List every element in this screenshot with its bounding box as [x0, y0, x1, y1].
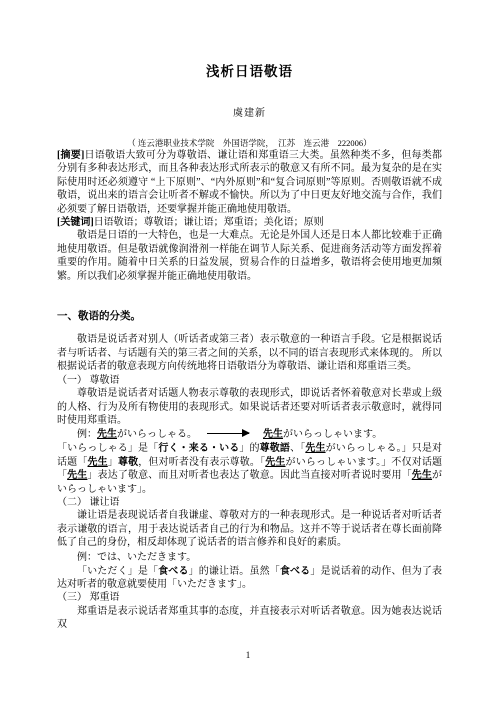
text-segment: 先生 [305, 443, 325, 454]
text-segment: がいらっしゃいます。 [283, 429, 382, 440]
document-page: 浅析日语敬语 虞建新 （ 连云港职业技术学院 外国语学院， 江苏 连云港 222… [0, 0, 496, 702]
subsection-heading: （一） 尊敬语 [57, 374, 442, 387]
abstract: [摘要]日语敬语大致可分为尊敬语、谦让语和郑重语三大类。虽然种类不多，但每类都分… [57, 149, 442, 216]
text-segment: （三） 郑重语 [57, 592, 120, 603]
text-segment: （二） 谦让语 [57, 497, 120, 508]
keywords-label: [关键词] [57, 217, 94, 228]
text-segment: 先生 [265, 457, 285, 468]
text-segment: 」的谦让语。虽然「 [189, 566, 280, 577]
text-segment: 」 [108, 457, 118, 468]
text-segment: 「いただく」是「 [77, 566, 158, 577]
text-segment: 谦让语是表现说话者自我谦虚、尊敬对方的一种表现形式。是一种说话者对听话者表示谦敬… [57, 510, 442, 548]
body-paragraph: 尊敬语是说话者对话题人物表示尊敬的表现形式，即说话者怀着敬意对长辈或上级的人格、… [57, 387, 442, 427]
text-segment: 先生 [97, 429, 117, 440]
text-segment: 、「 [290, 443, 305, 454]
text-segment: 敬语是说话者对别人（听话者或第三者）表示敬意的一种语言手段。它是根据说话者与听话… [57, 334, 442, 372]
body-paragraph: 敬语是日语的一大特色，也是一大难点。无论是外国人还是日本人都比较难于正确地使用敬… [57, 229, 442, 283]
text-segment: （一） 尊敬语 [57, 375, 120, 386]
author-name: 虞建新 [57, 104, 442, 119]
section-heading: 一、敬语的分类。 [57, 310, 442, 323]
body-paragraph: 敬语是说话者对别人（听话者或第三者）表示敬意的一种语言手段。它是根据说话者与听话… [57, 333, 442, 373]
author-affiliation: （ 连云港职业技术学院 外国语学院， 江苏 连云港 222006） [57, 137, 442, 149]
document-body: 敬语是日语的一大特色，也是一大难点。无论是外国人还是日本人都比较难于正确地使用敬… [57, 229, 442, 631]
page-title: 浅析日语敬语 [57, 60, 442, 80]
right-arrow-icon [207, 433, 249, 435]
text-segment: 尊敬 [118, 457, 138, 468]
text-segment: 」的 [239, 443, 259, 454]
page-number: 1 [0, 650, 496, 660]
text-segment: 先生 [412, 470, 432, 481]
text-segment: 郑重语是表示说话者郑重其事的态度，并直接表示对听话者敬意。因为她表达说话双 [57, 606, 442, 630]
text-segment: 」表达了敬意、而且对听者也表达了敬意。因此当直接对听者说时要用「 [87, 470, 411, 481]
body-paragraph: 「いらっしゃる」是「行く・来る・いる」的尊敬語、「先生がいらっしゃる。」只是对话… [57, 442, 442, 496]
keywords-text: 日语敬语；尊敬语；谦让语；郑重语；美化语；原则 [94, 217, 324, 228]
example-line: 例：先生がいらっしゃる。先生がいらっしゃいます。 [57, 427, 442, 442]
text-segment: 尊敬語 [260, 443, 290, 454]
subsection-heading: （二） 谦让语 [57, 496, 442, 509]
abstract-label: [摘要] [57, 150, 84, 161]
text-segment: 例：では、いただきます。 [77, 552, 196, 563]
text-segment: 先生 [87, 457, 107, 468]
text-segment: 例： [77, 429, 97, 440]
body-paragraph: 谦让语是表现说话者自我谦虚、尊敬对方的一种表现形式。是一种说话者对听话者表示谦敬… [57, 509, 442, 549]
text-segment: 「いらっしゃる」是「 [57, 443, 158, 454]
abstract-text: 日语敬语大致可分为尊敬语、谦让语和郑重语三大类。虽然种类不多，但每类都分别有多种… [57, 150, 442, 215]
text-segment: 先生 [263, 429, 283, 440]
document-content: 浅析日语敬语 虞建新 （ 连云港职业技术学院 外国语学院， 江苏 连云港 222… [0, 0, 496, 632]
text-segment: 一、敬语的分类。 [57, 311, 141, 322]
text-segment: ，但对听者没有表示尊敬。「 [138, 457, 265, 468]
text-segment: 尊敬语是说话者对话题人物表示尊敬的表现形式，即说话者怀着敬意对长辈或上级的人格、… [57, 388, 442, 426]
text-segment: 敬语是日语的一大特色，也是一大难点。无论是外国人还是日本人都比较难于正确地使用敬… [57, 230, 442, 281]
text-segment: 食べる [158, 566, 188, 577]
text-segment: 先生 [67, 470, 87, 481]
subsection-heading: （三） 郑重语 [57, 591, 442, 604]
body-paragraph: 「いただく」是「食べる」的谦让语。虽然「食べる」是说话着的动作、但为了表达对听者… [57, 565, 442, 592]
text-segment: 行く・来る・いる [158, 443, 239, 454]
example-line: 例：では、いただきます。 [57, 550, 442, 565]
keywords: [关键词]日语敬语；尊敬语；谦让语；郑重语；美化语；原则 [57, 216, 442, 229]
text-segment: がいらっしゃる。 [117, 429, 197, 440]
body-paragraph: 郑重语是表示说话者郑重其事的态度，并直接表示对听话者敬意。因为她表达说话双 [57, 605, 442, 632]
text-segment: 「 [77, 457, 87, 468]
text-segment: 食べる [280, 566, 310, 577]
